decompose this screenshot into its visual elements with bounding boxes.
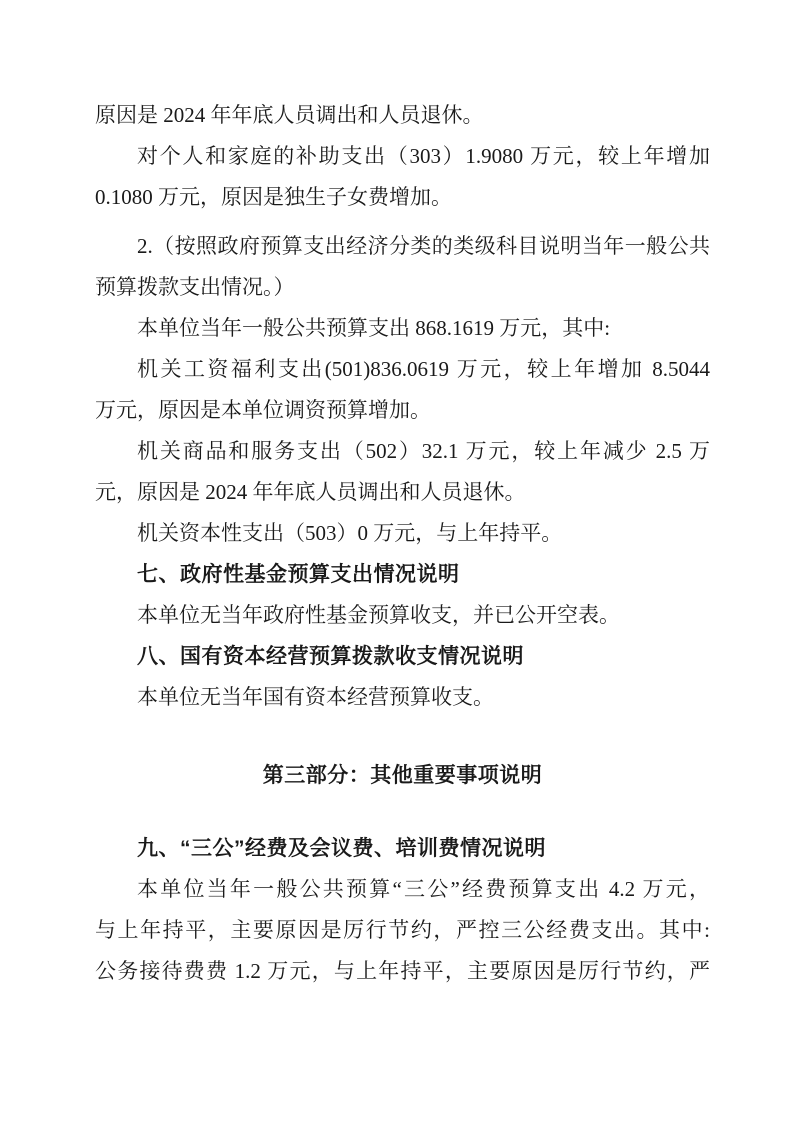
section-heading-nine: 九、“三公”经费及会议费、培训费情况说明 <box>95 828 710 869</box>
paragraph-line-total-budget: 本单位当年一般公共预算支出 868.1619 万元，其中: <box>95 308 710 349</box>
paragraph-line-wage-501: 机关工资福利支出(501)836.0619 万元，较上年增加 8.5044 <box>95 349 710 390</box>
section-heading-seven: 七、政府性基金预算支出情况说明 <box>95 554 710 595</box>
paragraph-line-goods-502-cont: 元，原因是 2024 年年底人员调出和人员退休。 <box>95 472 710 513</box>
section-heading-eight: 八、国有资本经营预算拨款收支情况说明 <box>95 636 710 677</box>
part-three-title: 第三部分：其他重要事项说明 <box>95 755 710 796</box>
paragraph-line-sangong-2: 与上年持平，主要原因是厉行节约，严控三公经费支出。其中: <box>95 910 710 951</box>
paragraph-line-note-2-cont: 预算拨款支出情况。） <box>95 267 710 308</box>
paragraph-line-section-eight-body: 本单位无当年国有资本经营预算收支。 <box>95 677 710 718</box>
paragraph-line-sangong-3: 公务接待费费 1.2 万元，与上年持平，主要原因是厉行节约，严 <box>95 951 710 992</box>
document-page: 原因是 2024 年年底人员调出和人员退休。 对个人和家庭的补助支出（303）1… <box>0 0 793 1122</box>
paragraph-line-sangong-1: 本单位当年一般公共预算“三公”经费预算支出 4.2 万元， <box>95 869 710 910</box>
paragraph-line-goods-502: 机关商品和服务支出（502）32.1 万元，较上年减少 2.5 万 <box>95 431 710 472</box>
paragraph-line-retirement-tail: 原因是 2024 年年底人员调出和人员退休。 <box>95 95 710 136</box>
paragraph-line-note-2: 2.（按照政府预算支出经济分类的类级科目说明当年一般公共 <box>95 226 710 267</box>
paragraph-line-capital-503: 机关资本性支出（503）0 万元，与上年持平。 <box>95 513 710 554</box>
paragraph-line-wage-501-cont: 万元，原因是本单位调资预算增加。 <box>95 390 710 431</box>
paragraph-line-subsidy-303: 对个人和家庭的补助支出（303）1.9080 万元，较上年增加 <box>95 136 710 177</box>
paragraph-line-section-seven-body: 本单位无当年政府性基金预算收支，并已公开空表。 <box>95 595 710 636</box>
paragraph-line-subsidy-303-cont: 0.1080 万元，原因是独生子女费增加。 <box>95 177 710 218</box>
